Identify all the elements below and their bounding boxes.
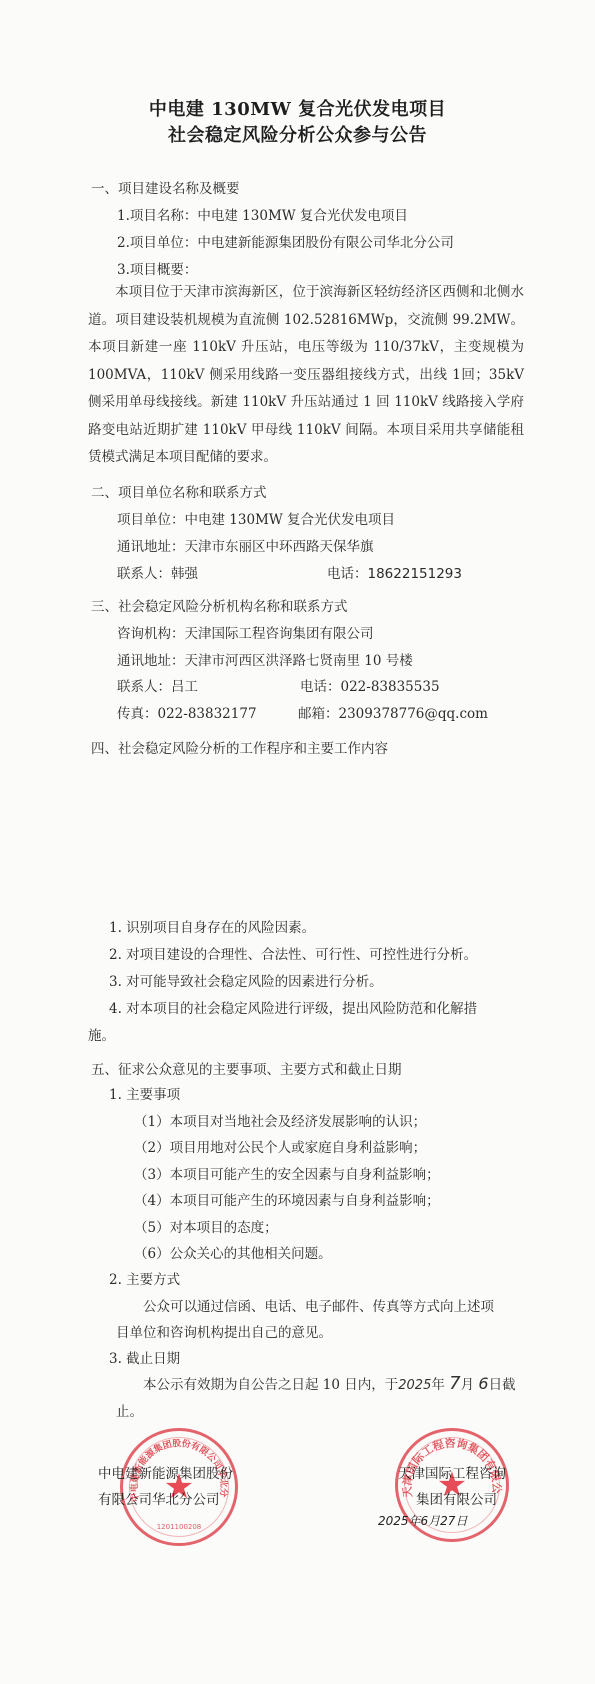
agency-contact: 联系人：吕工	[117, 675, 198, 695]
work-item-1: 1. 识别项目自身存在的风险因素。	[109, 916, 315, 936]
matter-6: （6）公众关心的其他相关问题。	[134, 1242, 332, 1262]
deadline-label: 3. 截止日期	[109, 1347, 180, 1367]
work-item-3: 3. 对可能导致社会稳定风险的因素进行分析。	[109, 970, 383, 990]
agency-fax: 传真：022-83832177	[117, 702, 257, 722]
matter-1: （1）本项目对当地社会及经济发展影响的认识；	[134, 1110, 426, 1130]
contact-phone: 电话：18622151293	[327, 562, 462, 582]
agency-name: 咨询机构：天津国际工程咨询集团有限公司	[117, 622, 374, 642]
document-title-line2: 社会稳定风险分析公众参与公告	[0, 121, 595, 147]
deadline-month-label: 月	[461, 1377, 475, 1393]
deadline-line: 本公示有效期为自公告之日起 10 日内，于2025年 7月 6日截	[143, 1373, 516, 1394]
deadline-month-handwritten: 7	[449, 1373, 460, 1394]
company-seal-left: 中电建新能源集团股份有限公司华北分公司 1201100208 ★	[120, 1428, 238, 1546]
right-signature-date: 2025年6月27日	[378, 1512, 467, 1529]
main-matters-label: 1. 主要事项	[109, 1083, 180, 1103]
deadline-prefix: 本公示有效期为自公告之日起 10 日内，于	[143, 1377, 398, 1393]
left-signature-line2: 有限公司华北分公司	[98, 1488, 220, 1508]
section5-heading: 五、征求公众意见的主要事项、主要方式和截止日期	[91, 1058, 402, 1078]
agency-address: 通讯地址：天津市河西区洪泽路七贤南里 10 号楼	[117, 649, 413, 669]
work-item-2: 2. 对项目建设的合理性、合法性、可行性、可控性进行分析。	[109, 943, 477, 963]
document-page: 中电建 130MW 复合光伏发电项目 社会稳定风险分析公众参与公告 一、项目建设…	[0, 0, 595, 1684]
project-summary-text: 本项目位于天津市滨海新区，位于滨海新区轻纺经济区西侧和北侧水道。项目建设装机规模…	[88, 284, 524, 465]
matter-4: （4）本项目可能产生的环境因素与自身利益影响；	[134, 1189, 440, 1209]
deadline-year-label: 年	[431, 1377, 445, 1393]
matter-2: （2）项目用地对公民个人或家庭自身利益影响；	[134, 1136, 426, 1156]
project-summary-label: 3.项目概要：	[117, 258, 197, 278]
right-signature-line1: 天津国际工程咨询	[398, 1462, 506, 1482]
project-summary-paragraph: 本项目位于天津市滨海新区，位于滨海新区轻纺经济区西侧和北侧水道。项目建设装机规模…	[88, 279, 524, 472]
section2-heading: 二、项目单位名称和联系方式	[91, 481, 267, 501]
matter-3: （3）本项目可能产生的安全因素与自身利益影响；	[134, 1163, 440, 1183]
agency-email: 邮箱：2309378776@qq.com	[298, 702, 488, 722]
right-signature-line2: 集团有限公司	[416, 1488, 497, 1508]
work-item-4-continued: 施。	[88, 1024, 115, 1044]
agency-phone: 电话：022-83835535	[300, 675, 440, 695]
work-item-4: 4. 对本项目的社会稳定风险进行评级，提出风险防范和化解措	[109, 997, 477, 1017]
deadline-day-label: 日截	[489, 1377, 516, 1393]
section4-heading: 四、社会稳定风险分析的工作程序和主要工作内容	[91, 737, 388, 757]
left-signature-line1: 中电建新能源集团股份	[98, 1462, 233, 1482]
document-title-line1: 中电建 130MW 复合光伏发电项目	[0, 95, 595, 121]
deadline-end: 止。	[116, 1400, 143, 1420]
main-methods-label: 2. 主要方式	[109, 1268, 180, 1288]
contact-person: 联系人：韩强	[117, 562, 198, 582]
deadline-day-handwritten: 6	[478, 1374, 488, 1393]
contact-unit: 项目单位：中电建 130MW 复合光伏发电项目	[117, 508, 395, 528]
svg-text:1201100208: 1201100208	[157, 1523, 202, 1531]
methods-line-2: 目单位和咨询机构提出自己的意见。	[116, 1321, 332, 1341]
project-name: 1.项目名称：中电建 130MW 复合光伏发电项目	[117, 204, 408, 224]
project-unit: 2.项目单位：中电建新能源集团股份有限公司华北分公司	[117, 231, 454, 251]
section1-heading: 一、项目建设名称及概要	[91, 177, 240, 197]
matter-5: （5）对本项目的态度；	[134, 1216, 278, 1236]
section3-heading: 三、社会稳定风险分析机构名称和联系方式	[91, 595, 348, 615]
contact-address: 通讯地址：天津市东丽区中环西路天保华旗	[117, 535, 374, 555]
deadline-year-handwritten: 2025	[398, 1378, 431, 1393]
methods-line-1: 公众可以通过信函、电话、电子邮件、传真等方式向上述项	[143, 1295, 494, 1315]
